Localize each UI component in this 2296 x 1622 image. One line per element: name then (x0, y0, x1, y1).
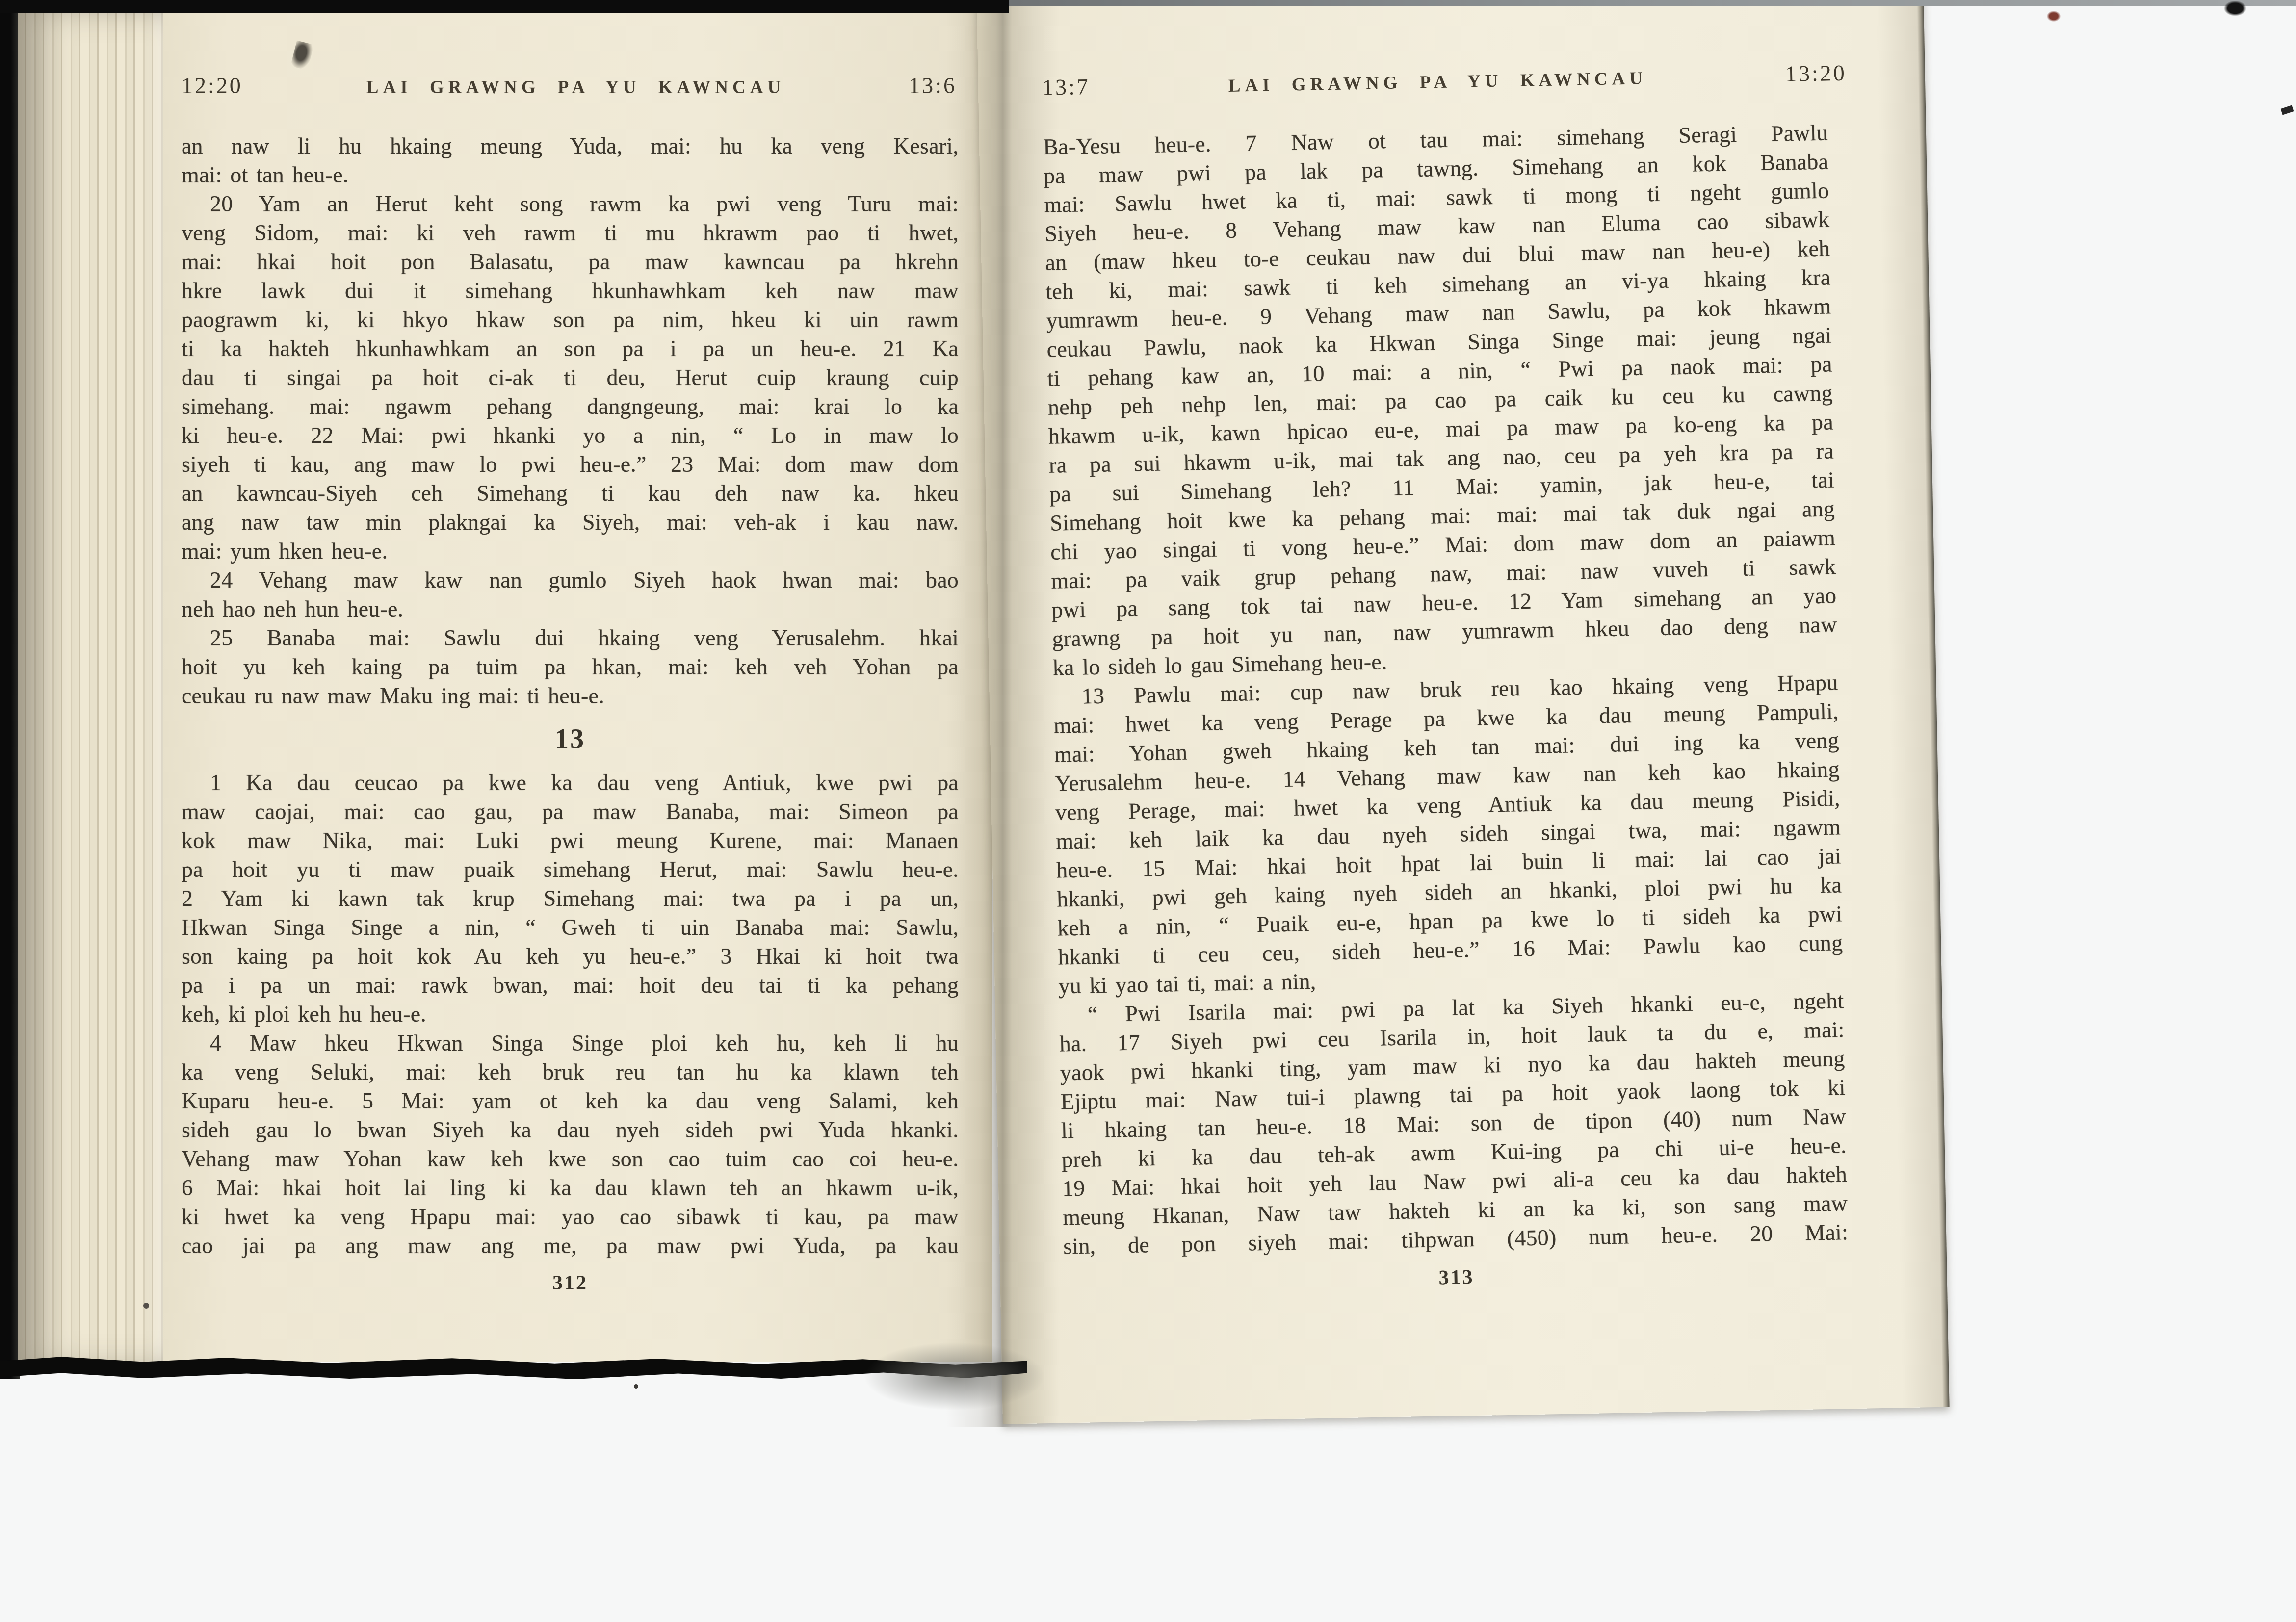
text-line: an kawncau-Siyeh ceh Simehang ti kau deh… (182, 479, 959, 508)
text-line: 24 Vehang maw kaw nan gumlo Siyeh haok h… (182, 566, 959, 594)
page-number-right: 313 (1064, 1259, 1849, 1296)
text-line: 20 Yam an Herut keht song rawm ka pwi ve… (182, 189, 959, 218)
text-line: pa i pa un mai: rawk bwan, mai: hoit deu… (182, 971, 959, 1000)
running-header-right: 13:7 LAI GRAWNG PA YU KAWNCAU 13:20 (1042, 60, 1847, 101)
paper-speck (634, 1384, 638, 1389)
text-line: ang naw taw min plakngai ka Siyeh, mai: … (182, 508, 959, 537)
text-line: cao jai pa ang maw ang me, pa maw pwi Yu… (182, 1231, 959, 1260)
chapter-heading: 13 (182, 710, 959, 768)
running-title-right: LAI GRAWNG PA YU KAWNCAU (1090, 65, 1785, 99)
book-scan: 12:20 LAI GRAWNG PA YU KAWNCAU 13:6 an n… (0, 0, 2296, 1622)
text-line: ti ka hakteh hkunhawhkam an son pa i pa … (182, 334, 959, 363)
text-line: mai: hkai hoit pon Balasatu, pa maw kawn… (182, 247, 959, 276)
paper-speck (143, 1303, 149, 1309)
page-number-left: 312 (182, 1271, 959, 1295)
text-line: Kuparu heu-e. 5 Mai: yam ot keh ka dau v… (182, 1086, 959, 1115)
verse-ref-left: 12:20 (182, 73, 243, 99)
text-line: ka veng Seluki, mai: keh bruk reu tan hu… (182, 1057, 959, 1086)
text-line: simehang. mai: ngawm pehang dangngeung, … (182, 392, 959, 421)
running-header-left: 12:20 LAI GRAWNG PA YU KAWNCAU 13:6 (182, 73, 957, 99)
text-line: hkre lawk dui it simehang hkunhawhkam ke… (182, 276, 959, 305)
text-line: veng Sidom, mai: ki veh rawm ti mu hkraw… (182, 218, 959, 247)
running-title-left: LAI GRAWNG PA YU KAWNCAU (243, 77, 909, 98)
verse-ref-left: 13:7 (1042, 74, 1090, 101)
book-cover-edge-left (0, 0, 20, 1379)
verse-ref-right: 13:20 (1785, 60, 1847, 87)
text-line: ceukau ru naw maw Maku ing mai: ti heu-e… (182, 681, 959, 710)
cover-edge-top (0, 0, 1009, 13)
text-column-left: an naw li hu hkaing meung Yuda, mai: hu … (182, 131, 959, 1260)
text-line: Vehang maw Yohan kaw keh kwe son cao tui… (182, 1144, 959, 1173)
black-speck (2224, 1, 2246, 16)
text-line: mai: yum hken heu-e. (182, 537, 959, 566)
right-page: 13:7 LAI GRAWNG PA YU KAWNCAU 13:20 Ba-Y… (977, 0, 1950, 1424)
text-line: 4 Maw hkeu Hkwan Singa Singe ploi keh hu… (182, 1029, 959, 1057)
text-line: son kaing pa hoit kok Au keh yu heu-e.” … (182, 942, 959, 971)
verse-ref-right: 13:6 (909, 73, 957, 99)
text-line: 1 Ka dau ceucao pa kwe ka dau veng Antiu… (182, 768, 959, 797)
text-line: siyeh ti kau, ang maw lo pwi heu-e.” 23 … (182, 450, 959, 479)
text-line: sideh gau lo bwan Siyeh ka dau nyeh side… (182, 1115, 959, 1144)
text-line: ki heu-e. 22 Mai: pwi hkanki yo a nin, “… (182, 421, 959, 450)
page-stack-edges (18, 5, 165, 1372)
text-block-acts13-left: 1 Ka dau ceucao pa kwe ka dau veng Antiu… (182, 768, 959, 1260)
text-block-acts13-right: Ba-Yesu heu-e. 7 Naw ot tau mai: simehan… (1043, 118, 1849, 1261)
text-line: maw caojai, mai: cao gau, pa maw Banaba,… (182, 797, 959, 826)
text-line: Hkwan Singa Singe a nin, “ Gweh ti uin B… (182, 913, 959, 942)
text-line: an naw li hu hkaing meung Yuda, mai: hu … (182, 131, 959, 160)
left-page: 12:20 LAI GRAWNG PA YU KAWNCAU 13:6 an n… (163, 8, 992, 1362)
text-line: mai: ot tan heu-e. (182, 160, 959, 189)
text-column-right: Ba-Yesu heu-e. 7 Naw ot tau mai: simehan… (1043, 118, 1849, 1261)
text-block-acts12: an naw li hu hkaing meung Yuda, mai: hu … (182, 131, 959, 710)
text-line: hoit yu keh kaing pa tuim pa hkan, mai: … (182, 652, 959, 681)
shadow-smudge (863, 1342, 1045, 1411)
text-line: pa hoit yu ti maw puaik simehang Herut, … (182, 855, 959, 884)
edge-tick-mark (2281, 105, 2294, 115)
text-line: 6 Mai: hkai hoit lai ling ki ka dau klaw… (182, 1173, 959, 1202)
text-line: kok maw Nika, mai: Luki pwi meung Kurene… (182, 826, 959, 855)
text-line: dau ti singai pa hoit ci-ak ti deu, Heru… (182, 363, 959, 392)
text-line: paograwm ki, ki hkyo hkaw son pa nim, hk… (182, 305, 959, 334)
text-line: keh, ki ploi keh hu heu-e. (182, 1000, 959, 1029)
text-line: neh hao neh hun heu-e. (182, 594, 959, 623)
text-line: 25 Banaba mai: Sawlu dui hkaing veng Yer… (182, 623, 959, 652)
red-speck (2047, 11, 2061, 22)
text-line: 2 Yam ki kawn tak krup Simehang mai: twa… (182, 884, 959, 913)
text-line: ki hwet ka veng Hpapu mai: yao cao sibaw… (182, 1202, 959, 1231)
